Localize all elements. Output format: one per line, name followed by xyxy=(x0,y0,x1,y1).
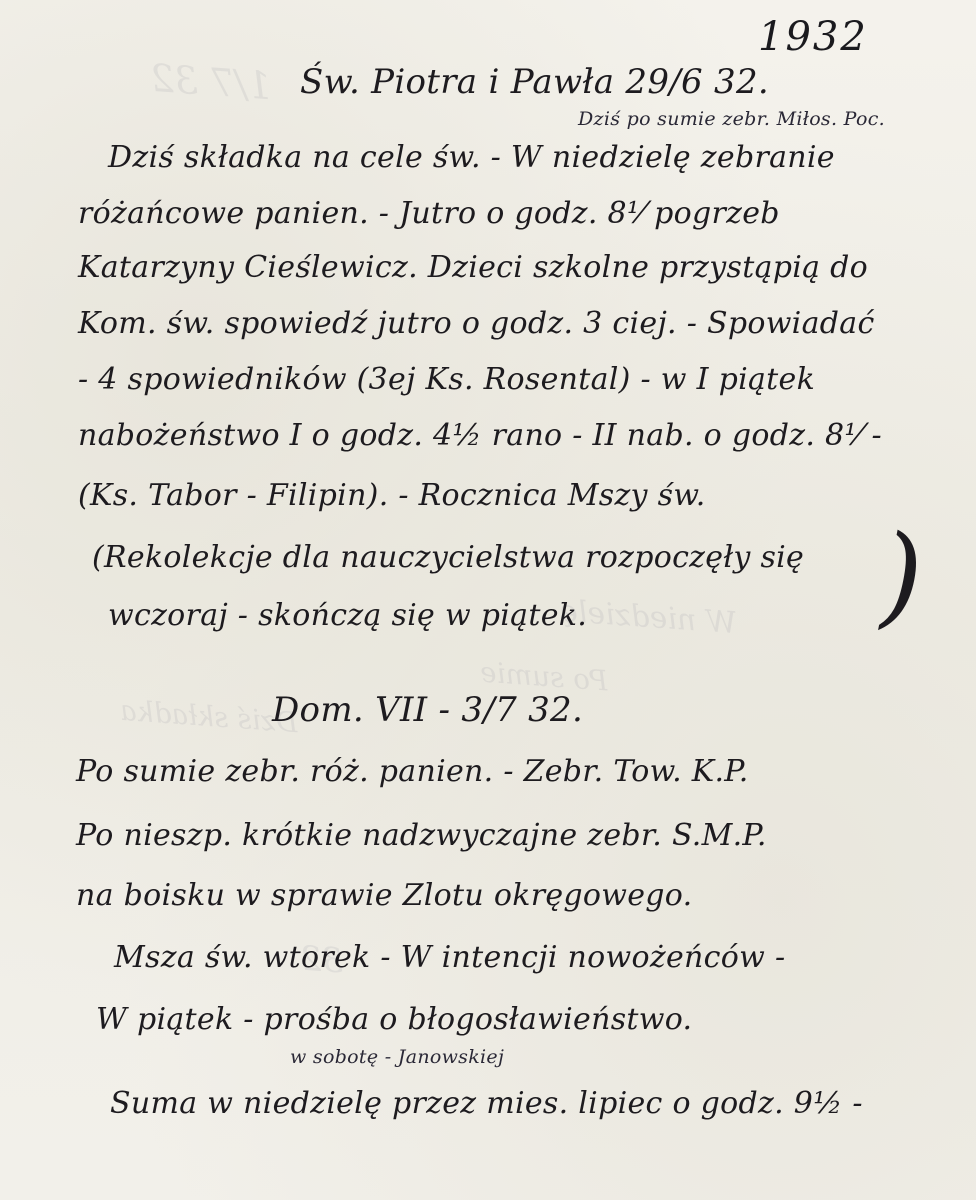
text-line: Katarzyny Cieślewicz. Dzieci szkolne prz… xyxy=(78,250,868,285)
text-line: - 4 spowiedników (3ej Ks. Rosental) - w … xyxy=(78,362,815,397)
entry-heading: Dom. VII - 3/7 32. xyxy=(272,690,583,730)
text-line: wczoraj - skończą się w piątek. xyxy=(108,598,587,633)
closing-bracket: ) xyxy=(880,520,923,630)
text-line: Kom. św. spowiedź jutro o godz. 3 ciej. … xyxy=(78,306,875,341)
text-line: na boisku w sprawie Zlotu okręgowego. xyxy=(76,878,692,913)
text-line: (Rekolekcje dla nauczycielstwa rozpoczęł… xyxy=(92,540,804,575)
text-line: Po sumie zebr. róż. panien. - Zebr. Tow.… xyxy=(76,754,749,789)
interlinear-insert: w sobotę - Janowskiej xyxy=(290,1046,504,1068)
text-line: Dziś składka na cele św. - W niedzielę z… xyxy=(108,140,835,175)
page-year: 1932 xyxy=(758,14,868,60)
text-line: W piątek - prośba o błogosławieństwo. xyxy=(96,1002,692,1037)
text-line: (Ks. Tabor - Filipin). - Rocznica Mszy ś… xyxy=(78,478,706,513)
text-line: Suma w niedzielę przez mies. lipiec o go… xyxy=(110,1086,863,1121)
bleed-through-text: 1/7 32 xyxy=(149,56,273,108)
interlinear-insert: Dziś po sumie zebr. Miłos. Poc. xyxy=(578,108,885,130)
text-line: nabożeństwo I o godz. 4½ rano - II nab. … xyxy=(78,418,882,453)
entry-heading: Św. Piotra i Pawła 29/6 32. xyxy=(300,62,769,102)
text-line: różańcowe panien. - Jutro o godz. 8⅟ pog… xyxy=(78,196,780,231)
text-line: Po nieszp. krótkie nadzwyczajne zebr. S.… xyxy=(76,818,767,853)
text-line: Msza św. wtorek - W intencji nowożeńców … xyxy=(114,940,785,975)
manuscript-page: 1/7 32 W niedzielę Dziś składka Po sumie… xyxy=(0,0,976,1200)
